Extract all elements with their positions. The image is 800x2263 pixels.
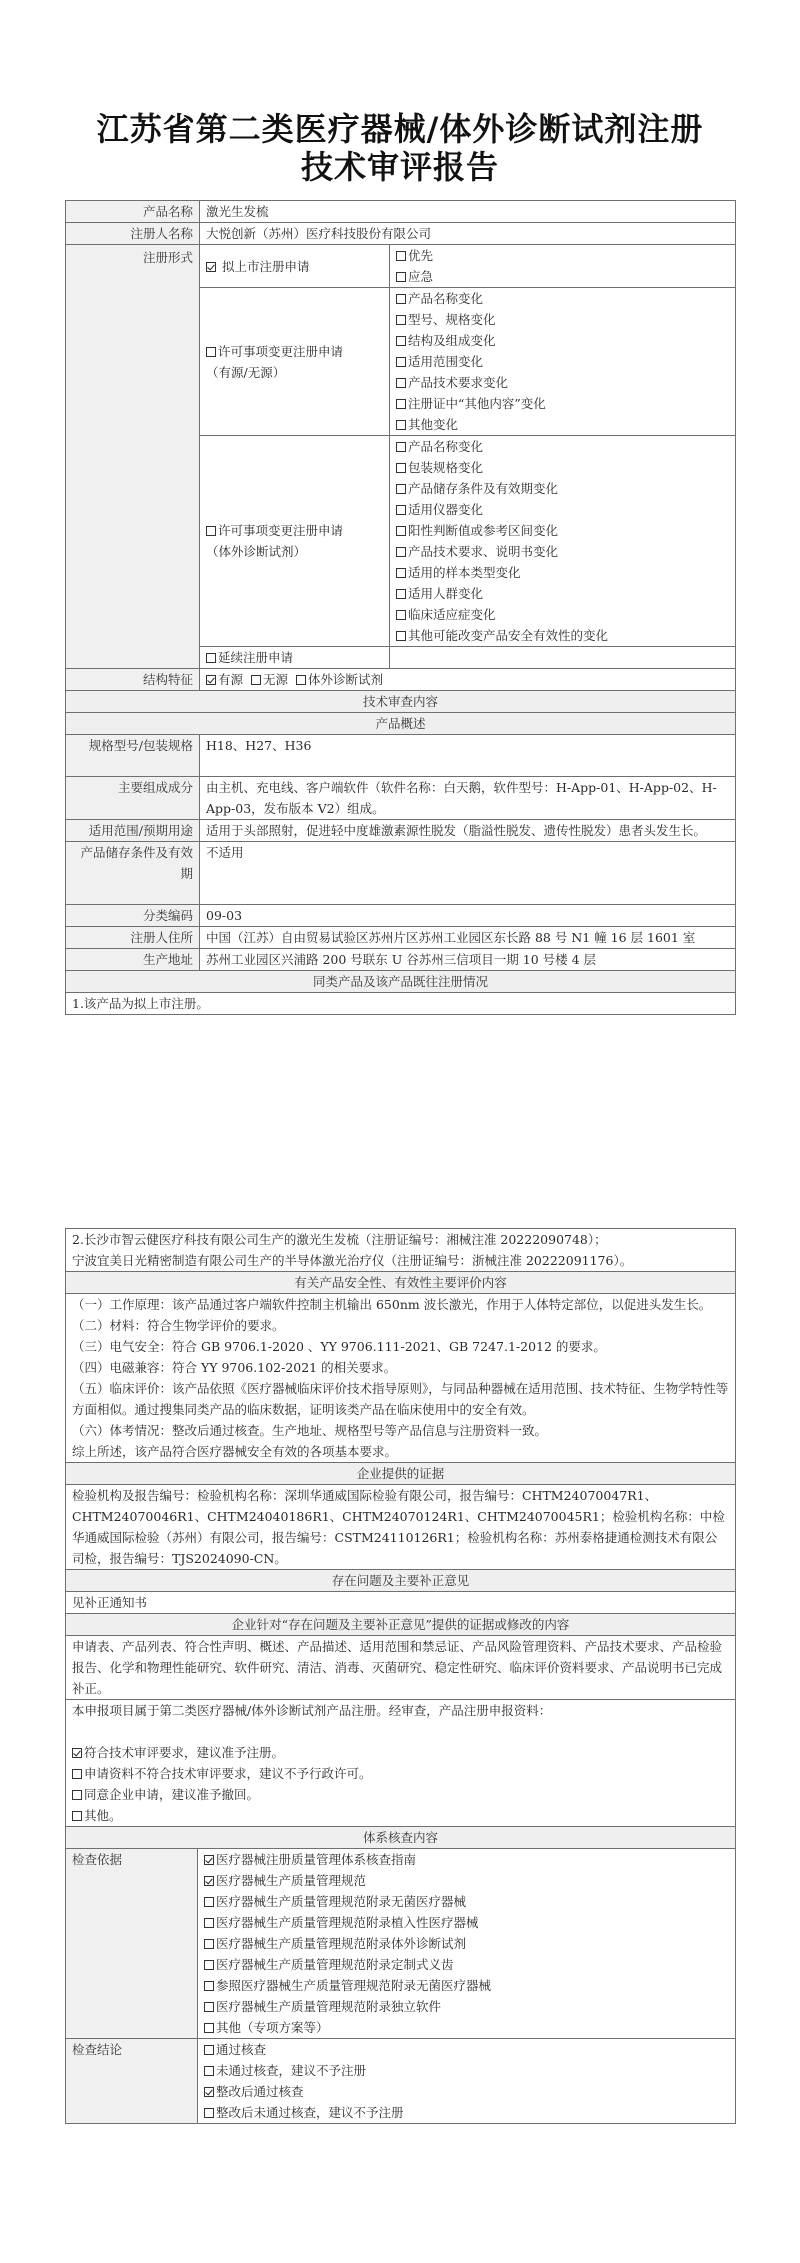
checkbox-icon[interactable] <box>396 526 406 536</box>
checkbox-icon[interactable] <box>396 505 406 515</box>
checkbox-icon[interactable] <box>396 357 406 367</box>
checkbox-icon[interactable] <box>204 1981 214 1991</box>
checkbox-icon[interactable] <box>72 1811 82 1821</box>
label-check-basis: 检查依据 <box>66 1849 198 2039</box>
evaluation-item: （四）电磁兼容：符合 YY 9706.102-2021 的相关要求。 <box>72 1357 729 1378</box>
label-reg-form: 注册形式 <box>66 245 200 669</box>
history-item-1: 1.该产品为拟上市注册。 <box>66 993 736 1015</box>
section-tech-review: 技术审查内容 <box>66 691 736 713</box>
checkbox-icon[interactable] <box>204 1855 214 1865</box>
checkbox-option: 整改后通过核查 <box>204 2081 729 2102</box>
reg-form-initial-label: 拟上市注册申请 <box>222 259 310 274</box>
structure-options: 有源 无源 体外诊断试剂 <box>200 669 736 691</box>
checkbox-label: 产品技术要求、说明书变化 <box>408 544 558 559</box>
checkbox-option: 医疗器械生产质量管理规范附录独立软件 <box>204 1996 729 2017</box>
checkbox-label: 整改后未通过核查，建议不予注册 <box>216 2105 404 2120</box>
reg-form-initial: 拟上市注册申请 <box>200 245 390 288</box>
checkbox-label: 包装规格变化 <box>408 460 483 475</box>
checkbox-option: 参照医疗器械生产质量管理规范附录无菌医疗器械 <box>204 1975 729 1996</box>
row-composition: 主要组成成分 由主机、充电线、客户端软件（软件名称：白天鹅，软件型号：H-App… <box>66 777 736 820</box>
checkbox-icon[interactable] <box>396 442 406 452</box>
checkbox-icon[interactable] <box>396 610 406 620</box>
report-title-line2: 技术审评报告 <box>0 142 800 188</box>
checkbox-icon[interactable] <box>206 526 216 536</box>
checkbox-option: 包装规格变化 <box>396 457 729 478</box>
row-registrant: 注册人名称 大悦创新（苏州）医疗科技股份有限公司 <box>66 223 736 245</box>
checkbox-icon[interactable] <box>396 631 406 641</box>
checkbox-icon[interactable] <box>396 463 406 473</box>
evaluation-item: （一）工作原理：该产品通过客户端软件控制主机输出 650nm 波长激光，作用于人… <box>72 1294 729 1315</box>
row-production-address: 生产地址 苏州工业园区兴浦路 200 号联东 U 谷苏州三信项目一期 10 号楼… <box>66 949 736 971</box>
checkbox-label: 阳性判断值或参考区间变化 <box>408 523 558 538</box>
label-registrant: 注册人名称 <box>66 223 200 245</box>
row-product-name: 产品名称 激光生发梳 <box>66 201 736 223</box>
checkbox-label: 型号、规格变化 <box>408 312 496 327</box>
reg-form-change-ivd: 许可事项变更注册申请 （体外诊断试剂） <box>200 436 390 647</box>
checkbox-label: 同意企业申请，建议准予撤回。 <box>84 1787 259 1802</box>
checkbox-option: 阳性判断值或参考区间变化 <box>396 520 729 541</box>
checkbox-icon[interactable] <box>396 378 406 388</box>
checkbox-label: 参照医疗器械生产质量管理规范附录无菌医疗器械 <box>216 1978 491 1993</box>
checkbox-label: 适用范围变化 <box>408 354 483 369</box>
checkbox-option: 医疗器械生产质量管理规范附录定制式义齿 <box>204 1954 729 1975</box>
checkbox-icon[interactable] <box>396 399 406 409</box>
checkbox-icon[interactable] <box>206 262 216 272</box>
evaluation-item: （二）材料：符合生物学评价的要求。 <box>72 1315 729 1336</box>
conclusion-block: 本申报项目属于第二类医疗器械/体外诊断试剂产品注册。经审查，产品注册申报资料： … <box>66 1700 736 1827</box>
checkbox-icon[interactable] <box>204 2002 214 2012</box>
checkbox-icon[interactable] <box>396 420 406 430</box>
section-corrections: 企业针对“存在问题及主要补正意见”提供的证据或修改的内容 <box>66 1614 736 1636</box>
structure-passive: 无源 <box>263 672 288 687</box>
checkbox-option: 医疗器械生产质量管理规范附录无菌医疗器械 <box>204 1891 729 1912</box>
reg-form-initial-options: 优先 应急 <box>390 245 736 288</box>
issues-text: 见补正通知书 <box>66 1592 736 1614</box>
checkbox-icon[interactable] <box>204 2045 214 2055</box>
checkbox-option: 注册证中“其他内容”变化 <box>396 393 729 414</box>
checkbox-icon[interactable] <box>396 547 406 557</box>
checkbox-label: 其他可能改变产品安全有效性的变化 <box>408 628 608 643</box>
checkbox-option: 通过核查 <box>204 2039 729 2060</box>
evidence-text: 检验机构及报告编号：检验机构名称：深圳华通威国际检验有限公司，报告编号：CHTM… <box>66 1485 736 1570</box>
label-spec: 规格型号/包装规格 <box>66 735 200 777</box>
checkbox-label: 产品储存条件及有效期变化 <box>408 481 558 496</box>
value-spec: H18、H27、H36 <box>200 735 736 777</box>
label-class-code: 分类编码 <box>66 905 200 927</box>
checkbox-icon[interactable] <box>251 675 261 685</box>
check-result-options: 通过核查未通过核查，建议不予注册整改后通过核查整改后未通过核查，建议不予注册 <box>198 2039 736 2124</box>
checkbox-option: 医疗器械注册质量管理体系核查指南 <box>204 1849 729 1870</box>
checkbox-option: 适用仪器变化 <box>396 499 729 520</box>
checkbox-label: 医疗器械生产质量管理规范附录定制式义齿 <box>216 1957 454 1972</box>
row-class-code: 分类编码 09-03 <box>66 905 736 927</box>
checkbox-label: 医疗器械生产质量管理规范附录植入性医疗器械 <box>216 1915 479 1930</box>
check-basis-options: 医疗器械注册质量管理体系核查指南医疗器械生产质量管理规范医疗器械生产质量管理规范… <box>198 1849 736 2039</box>
checkbox-option: 其他变化 <box>396 414 729 435</box>
row-check-result: 检查结论 通过核查未通过核查，建议不予注册整改后通过核查整改后未通过核查，建议不… <box>66 2039 736 2124</box>
reg-form-change-ivd-options: 产品名称变化包装规格变化产品储存条件及有效期变化适用仪器变化阳性判断值或参考区间… <box>390 436 736 647</box>
checkbox-option: 符合技术审评要求，建议准予注册。 <box>72 1742 729 1763</box>
value-storage: 不适用 <box>200 842 736 905</box>
row-reg-form-initial: 注册形式 拟上市注册申请 优先 应急 <box>66 245 736 288</box>
structure-ivd: 体外诊断试剂 <box>308 672 383 687</box>
option-emergency: 应急 <box>408 269 433 284</box>
reg-form-renewal-label: 延续注册申请 <box>218 650 293 665</box>
section-issues: 存在问题及主要补正意见 <box>66 1570 736 1592</box>
reg-form-change-active-options: 产品名称变化型号、规格变化结构及组成变化适用范围变化产品技术要求变化注册证中“其… <box>390 288 736 436</box>
checkbox-option: 其他可能改变产品安全有效性的变化 <box>396 625 729 646</box>
label-registrant-address: 注册人住所 <box>66 927 200 949</box>
reg-form-change-active-sub: （有源/无源） <box>206 362 383 383</box>
history-item-2-line2: 宁波宜美日光精密制造有限公司生产的半导体激光治疗仪（注册证编号：浙械注准 202… <box>72 1250 729 1271</box>
checkbox-option: 结构及组成变化 <box>396 330 729 351</box>
section-system-check: 体系核查内容 <box>66 1827 736 1849</box>
checkbox-label: 整改后通过核查 <box>216 2084 304 2099</box>
checkbox-icon[interactable] <box>204 1918 214 1928</box>
checkbox-option: 产品技术要求变化 <box>396 372 729 393</box>
checkbox-label: 适用人群变化 <box>408 586 483 601</box>
reg-form-change-active-label: 许可事项变更注册申请 <box>218 344 343 359</box>
checkbox-label: 医疗器械生产质量管理规范附录体外诊断试剂 <box>216 1936 466 1951</box>
reg-form-renewal: 延续注册申请 <box>200 647 390 669</box>
checkbox-icon[interactable] <box>396 589 406 599</box>
value-composition: 由主机、充电线、客户端软件（软件名称：白天鹅，软件型号：H-App-01、H-A… <box>200 777 736 820</box>
corrections-text: 申请表、产品列表、符合性声明、概述、产品描述、适用范围和禁忌证、产品风险管理资料… <box>66 1636 736 1700</box>
checkbox-option: 医疗器械生产质量管理规范附录体外诊断试剂 <box>204 1933 729 1954</box>
checkbox-label: 医疗器械生产质量管理规范附录无菌医疗器械 <box>216 1894 466 1909</box>
checkbox-label: 通过核查 <box>216 2042 266 2057</box>
checkbox-icon[interactable] <box>204 1897 214 1907</box>
checkbox-label: 产品技术要求变化 <box>408 375 508 390</box>
checkbox-option: 产品名称变化 <box>396 436 729 457</box>
checkbox-label: 未通过核查，建议不予注册 <box>216 2063 366 2078</box>
checkbox-option: 整改后未通过核查，建议不予注册 <box>204 2102 729 2123</box>
checkbox-label: 产品名称变化 <box>408 439 483 454</box>
checkbox-label: 申请资料不符合技术审评要求，建议不予行政许可。 <box>84 1766 372 1781</box>
structure-active: 有源 <box>218 672 243 687</box>
reg-form-change-active: 许可事项变更注册申请 （有源/无源） <box>200 288 390 436</box>
value-production-address: 苏州工业园区兴浦路 200 号联东 U 谷苏州三信项目一期 10 号楼 4 层 <box>200 949 736 971</box>
section-evaluation: 有关产品安全性、有效性主要评价内容 <box>66 1272 736 1294</box>
checkbox-icon[interactable] <box>72 1790 82 1800</box>
evaluation-content: （一）工作原理：该产品通过客户端软件控制主机输出 650nm 波长激光，作用于人… <box>66 1294 736 1463</box>
review-table-page2: 2.长沙市智云健医疗科技有限公司生产的激光生发梳（注册证编号：湘械注准 2022… <box>65 1228 736 2124</box>
checkbox-option: 适用的样本类型变化 <box>396 562 729 583</box>
checkbox-icon[interactable] <box>204 1876 214 1886</box>
checkbox-icon[interactable] <box>396 294 406 304</box>
checkbox-icon[interactable] <box>72 1748 82 1758</box>
checkbox-icon[interactable] <box>204 2066 214 2076</box>
evaluation-item: （三）电气安全：符合 GB 9706.1-2020 、YY 9706.111-2… <box>72 1336 729 1357</box>
label-storage: 产品储存条件及有效期 <box>66 842 200 905</box>
checkbox-option: 申请资料不符合技术审评要求，建议不予行政许可。 <box>72 1763 729 1784</box>
checkbox-label: 注册证中“其他内容”变化 <box>408 396 546 411</box>
checkbox-option: 适用范围变化 <box>396 351 729 372</box>
checkbox-option: 未通过核查，建议不予注册 <box>204 2060 729 2081</box>
reg-form-change-ivd-label: 许可事项变更注册申请 <box>218 523 343 538</box>
row-structure: 结构特征 有源 无源 体外诊断试剂 <box>66 669 736 691</box>
value-class-code: 09-03 <box>200 905 736 927</box>
history-item-2-line1: 2.长沙市智云健医疗科技有限公司生产的激光生发梳（注册证编号：湘械注准 2022… <box>72 1229 729 1250</box>
checkbox-label: 符合技术审评要求，建议准予注册。 <box>84 1745 284 1760</box>
review-table-page1: 产品名称 激光生发梳 注册人名称 大悦创新（苏州）医疗科技股份有限公司 注册形式… <box>65 200 736 1015</box>
row-intended-use: 适用范围/预期用途 适用于头部照射，促进轻中度雄激素源性脱发（脂溢性脱发、遗传性… <box>66 820 736 842</box>
checkbox-icon[interactable] <box>396 251 406 261</box>
checkbox-option: 适用人群变化 <box>396 583 729 604</box>
reg-form-renewal-options <box>390 647 736 669</box>
checkbox-icon[interactable] <box>72 1769 82 1779</box>
option-priority: 优先 <box>408 248 433 263</box>
checkbox-label: 医疗器械生产质量管理规范附录独立软件 <box>216 1999 441 2014</box>
checkbox-label: 结构及组成变化 <box>408 333 496 348</box>
checkbox-option: 其他。 <box>72 1805 729 1826</box>
checkbox-option: 医疗器械生产质量管理规范 <box>204 1870 729 1891</box>
checkbox-icon[interactable] <box>206 675 216 685</box>
label-intended-use: 适用范围/预期用途 <box>66 820 200 842</box>
checkbox-option: 型号、规格变化 <box>396 309 729 330</box>
conclusion-options: 符合技术审评要求，建议准予注册。申请资料不符合技术审评要求，建议不予行政许可。同… <box>72 1742 729 1826</box>
checkbox-label: 其他。 <box>84 1808 122 1823</box>
label-production-address: 生产地址 <box>66 949 200 971</box>
history-item-2: 2.长沙市智云健医疗科技有限公司生产的激光生发梳（注册证编号：湘械注准 2022… <box>66 1229 736 1272</box>
checkbox-icon[interactable] <box>204 2023 214 2033</box>
row-check-basis: 检查依据 医疗器械注册质量管理体系核查指南医疗器械生产质量管理规范医疗器械生产质… <box>66 1849 736 2039</box>
value-product-name: 激光生发梳 <box>200 201 736 223</box>
checkbox-label: 适用仪器变化 <box>408 502 483 517</box>
label-structure: 结构特征 <box>66 669 200 691</box>
evaluation-item: （五）临床评价：该产品依照《医疗器械临床评价技术指导原则》，与同品种器械在适用范… <box>72 1378 729 1420</box>
row-registrant-address: 注册人住所 中国（江苏）自由贸易试验区苏州片区苏州工业园区东长路 88 号 N1… <box>66 927 736 949</box>
checkbox-label: 产品名称变化 <box>408 291 483 306</box>
checkbox-label: 医疗器械注册质量管理体系核查指南 <box>216 1852 416 1867</box>
checkbox-label: 其他（专项方案等） <box>216 2020 329 2035</box>
row-spec: 规格型号/包装规格 H18、H27、H36 <box>66 735 736 777</box>
section-evidence: 企业提供的证据 <box>66 1463 736 1485</box>
checkbox-icon[interactable] <box>396 568 406 578</box>
checkbox-icon[interactable] <box>396 272 406 282</box>
row-storage: 产品储存条件及有效期 不适用 <box>66 842 736 905</box>
checkbox-option: 产品名称变化 <box>396 288 729 309</box>
checkbox-option: 医疗器械生产质量管理规范附录植入性医疗器械 <box>204 1912 729 1933</box>
checkbox-icon[interactable] <box>206 653 216 663</box>
checkbox-icon[interactable] <box>396 484 406 494</box>
checkbox-label: 医疗器械生产质量管理规范 <box>216 1873 366 1888</box>
checkbox-option: 同意企业申请，建议准予撤回。 <box>72 1784 729 1805</box>
checkbox-icon[interactable] <box>206 347 216 357</box>
checkbox-option: 产品技术要求、说明书变化 <box>396 541 729 562</box>
checkbox-icon[interactable] <box>296 675 306 685</box>
evaluation-item: 综上所述，该产品符合医疗器械安全有效的各项基本要求。 <box>72 1441 729 1462</box>
checkbox-icon[interactable] <box>204 1939 214 1949</box>
checkbox-icon[interactable] <box>204 2087 214 2097</box>
checkbox-label: 适用的样本类型变化 <box>408 565 521 580</box>
conclusion-intro: 本申报项目属于第二类医疗器械/体外诊断试剂产品注册。经审查，产品注册申报资料： <box>72 1700 729 1721</box>
section-product-overview: 产品概述 <box>66 713 736 735</box>
checkbox-option: 其他（专项方案等） <box>204 2017 729 2038</box>
checkbox-icon[interactable] <box>396 336 406 346</box>
reg-form-change-ivd-sub: （体外诊断试剂） <box>206 541 383 562</box>
value-registrant-address: 中国（江苏）自由贸易试验区苏州片区苏州工业园区东长路 88 号 N1 幢 16 … <box>200 927 736 949</box>
checkbox-icon[interactable] <box>396 315 406 325</box>
value-intended-use: 适用于头部照射，促进轻中度雄激素源性脱发（脂溢性脱发、遗传性脱发）患者头发生长。 <box>200 820 736 842</box>
evaluation-item: （六）体考情况：整改后通过核查。生产地址、规格型号等产品信息与注册资料一致。 <box>72 1420 729 1441</box>
checkbox-option: 临床适应症变化 <box>396 604 729 625</box>
value-registrant: 大悦创新（苏州）医疗科技股份有限公司 <box>200 223 736 245</box>
label-check-result: 检查结论 <box>66 2039 198 2124</box>
checkbox-option: 产品储存条件及有效期变化 <box>396 478 729 499</box>
label-product-name: 产品名称 <box>66 201 200 223</box>
section-registration-history: 同类产品及该产品既往注册情况 <box>66 971 736 993</box>
checkbox-label: 临床适应症变化 <box>408 607 496 622</box>
label-composition: 主要组成成分 <box>66 777 200 820</box>
checkbox-icon[interactable] <box>204 1960 214 1970</box>
checkbox-icon[interactable] <box>204 2108 214 2118</box>
checkbox-label: 其他变化 <box>408 417 458 432</box>
